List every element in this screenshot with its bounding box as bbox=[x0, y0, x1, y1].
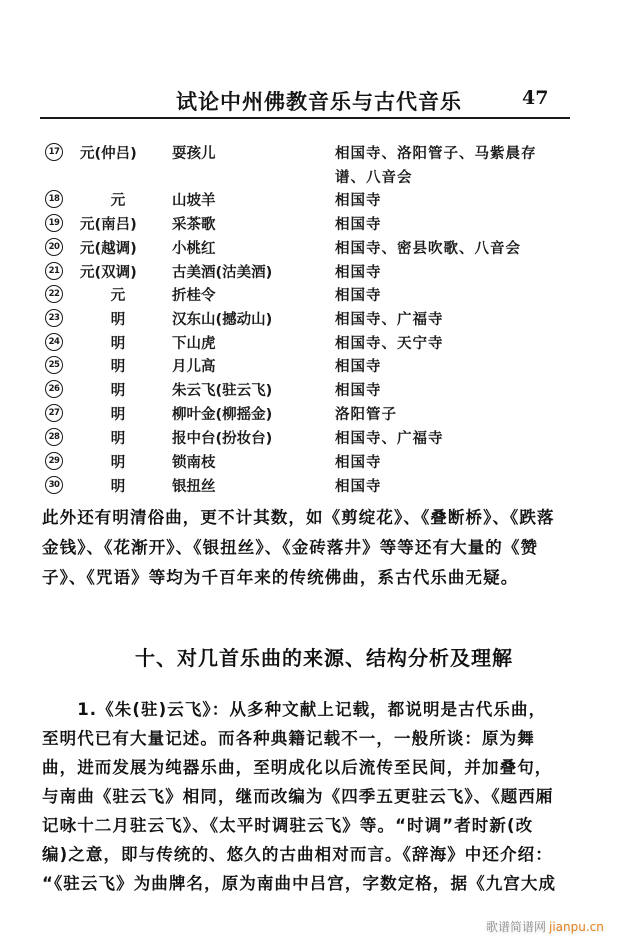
paragraph-line: 子》、《咒语》等均为千百年来的传统佛曲，系古代乐曲无疑。 bbox=[42, 568, 602, 588]
circled-number: 30 bbox=[45, 476, 63, 494]
paragraph-line: 编)之意，即与传统的、悠久的古曲相对而言。《辞海》中还介绍： bbox=[42, 845, 602, 865]
source-cell-continuation: 谱、八音会 bbox=[335, 166, 413, 187]
table-row: 26 明 朱云飞(驻云飞) 相国寺 bbox=[0, 379, 640, 401]
table-row: 18 元 山坡羊 相国寺 bbox=[0, 189, 640, 211]
source-cell: 相国寺 bbox=[335, 189, 382, 210]
song-cell: 报中台(扮妆台) bbox=[172, 427, 272, 448]
source-cell: 相国寺 bbox=[335, 284, 382, 305]
table-row: 27 明 柳叶金(柳摇金) 洛阳管子 bbox=[0, 403, 640, 425]
dynasty-cell: 明 bbox=[84, 403, 152, 424]
page-number: 47 bbox=[522, 87, 548, 109]
dynasty-cell: 明 bbox=[84, 427, 152, 448]
paragraph-line: 1.《朱(驻)云飞》：从多种文献上记载，都说明是古代乐曲， bbox=[42, 700, 602, 720]
source-cell: 相国寺 bbox=[335, 261, 382, 282]
source-cell: 相国寺、广福寺 bbox=[335, 427, 444, 448]
dynasty-cell: 元(仲吕) bbox=[80, 142, 160, 163]
dynasty-cell: 明 bbox=[84, 451, 152, 472]
source-cell: 相国寺 bbox=[335, 379, 382, 400]
table-row: 17 元(仲吕) 耍孩儿 相国寺、洛阳管子、马紫晨存 bbox=[0, 142, 640, 164]
table-row: 29 明 锁南枝 相国寺 bbox=[0, 451, 640, 473]
section-heading: 十、对几首乐曲的来源、结构分析及理解 bbox=[0, 642, 640, 671]
table-row: 25 明 月儿高 相国寺 bbox=[0, 355, 640, 377]
circled-number: 26 bbox=[45, 380, 63, 398]
song-cell: 采茶歌 bbox=[172, 213, 216, 234]
circled-number: 21 bbox=[45, 262, 63, 280]
dynasty-cell: 元(南吕) bbox=[80, 213, 160, 234]
circled-number: 29 bbox=[45, 452, 63, 470]
header-rule bbox=[40, 117, 570, 119]
table-row: 22 元 折桂令 相国寺 bbox=[0, 284, 640, 306]
circled-number: 17 bbox=[45, 143, 63, 161]
table-row: 30 明 银扭丝 相国寺 bbox=[0, 475, 640, 497]
table-row: 19 元(南吕) 采茶歌 相国寺 bbox=[0, 213, 640, 235]
dynasty-cell: 明 bbox=[84, 379, 152, 400]
song-cell: 银扭丝 bbox=[172, 475, 216, 496]
circled-number: 20 bbox=[45, 238, 63, 256]
running-title: 试论中州佛教音乐与古代音乐 bbox=[176, 86, 462, 116]
table-row-continuation: 谱、八音会 bbox=[0, 166, 640, 188]
dynasty-cell: 明 bbox=[84, 308, 152, 329]
site-watermark: 歌谱简谱网jianpu.cn bbox=[486, 918, 604, 935]
running-header: 试论中州佛教音乐与古代音乐 47 bbox=[40, 86, 570, 114]
source-cell: 相国寺 bbox=[335, 451, 382, 472]
table-row: 21 元(双调) 古美酒(沽美酒) 相国寺 bbox=[0, 261, 640, 283]
circled-number: 22 bbox=[45, 285, 63, 303]
song-cell: 柳叶金(柳摇金) bbox=[172, 403, 272, 424]
table-row: 28 明 报中台(扮妆台) 相国寺、广福寺 bbox=[0, 427, 640, 449]
source-cell: 相国寺 bbox=[335, 213, 382, 234]
circled-number: 18 bbox=[45, 190, 63, 208]
dynasty-cell: 元(越调) bbox=[80, 237, 160, 258]
source-cell: 洛阳管子 bbox=[335, 403, 397, 424]
song-cell: 小桃红 bbox=[172, 237, 216, 258]
song-cell: 朱云飞(驻云飞) bbox=[172, 379, 272, 400]
paragraph-line: 金钱》、《花渐开》、《银扭丝》、《金砖落井》等等还有大量的《赞 bbox=[42, 538, 602, 558]
circled-number: 27 bbox=[45, 404, 63, 422]
song-cell: 古美酒(沽美酒) bbox=[172, 261, 272, 282]
dynasty-cell: 明 bbox=[84, 332, 152, 353]
song-cell: 汉东山(撼动山) bbox=[172, 308, 272, 329]
watermark-site-name: 歌谱简谱网 bbox=[486, 920, 546, 934]
circled-number: 19 bbox=[45, 214, 63, 232]
song-cell: 耍孩儿 bbox=[172, 142, 216, 163]
dynasty-cell: 元 bbox=[84, 189, 152, 210]
paragraph-line: 曲，进而发展为纯器乐曲，至明成化以后流传至民间，并加叠句， bbox=[42, 758, 602, 778]
circled-number: 28 bbox=[45, 428, 63, 446]
dynasty-cell: 元(双调) bbox=[80, 261, 160, 282]
song-cell: 山坡羊 bbox=[172, 189, 216, 210]
circled-number: 24 bbox=[45, 333, 63, 351]
watermark-url: jianpu.cn bbox=[549, 920, 604, 934]
source-cell: 相国寺 bbox=[335, 475, 382, 496]
song-cell: 月儿高 bbox=[172, 355, 216, 376]
source-cell: 相国寺、广福寺 bbox=[335, 308, 444, 329]
table-row: 20 元(越调) 小桃红 相国寺、密县吹歌、八音会 bbox=[0, 237, 640, 259]
dynasty-cell: 明 bbox=[84, 355, 152, 376]
table-row: 23 明 汉东山(撼动山) 相国寺、广福寺 bbox=[0, 308, 640, 330]
source-cell: 相国寺、天宁寺 bbox=[335, 332, 444, 353]
paragraph-line: 此外还有明清俗曲，更不计其数，如《剪绽花》、《叠断桥》、《跌落 bbox=[42, 508, 602, 528]
song-cell: 折桂令 bbox=[172, 284, 216, 305]
circled-number: 23 bbox=[45, 309, 63, 327]
circled-number: 25 bbox=[45, 356, 63, 374]
paragraph-line: “《驻云飞》为曲牌名，原为南曲中吕宫，字数定格，据《九宫大成 bbox=[42, 874, 602, 894]
source-cell: 相国寺、洛阳管子、马紫晨存 bbox=[335, 142, 537, 163]
paragraph-line: 与南曲《驻云飞》相同，继而改编为《四季五更驻云飞》、《题西厢 bbox=[42, 787, 602, 807]
paragraph-line: 记咏十二月驻云飞》、《太平时调驻云飞》等。“时调”者时新(改 bbox=[42, 816, 602, 836]
paragraph-line: 至明代已有大量记述。而各种典籍记载不一，一般所谈：原为舞 bbox=[42, 729, 602, 749]
source-cell: 相国寺 bbox=[335, 355, 382, 376]
source-cell: 相国寺、密县吹歌、八音会 bbox=[335, 237, 521, 258]
song-cell: 锁南枝 bbox=[172, 451, 216, 472]
dynasty-cell: 明 bbox=[84, 475, 152, 496]
dynasty-cell: 元 bbox=[84, 284, 152, 305]
book-page: 试论中州佛教音乐与古代音乐 47 17 元(仲吕) 耍孩儿 相国寺、洛阳管子、马… bbox=[0, 0, 640, 946]
song-cell: 下山虎 bbox=[172, 332, 216, 353]
table-row: 24 明 下山虎 相国寺、天宁寺 bbox=[0, 332, 640, 354]
